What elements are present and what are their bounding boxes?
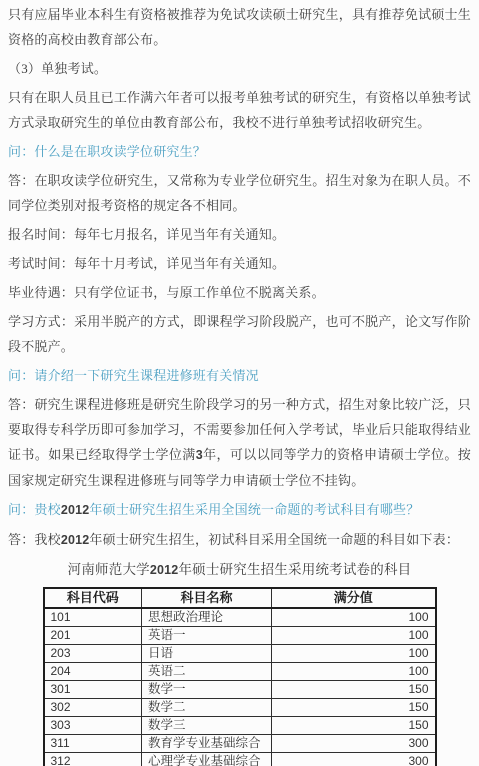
subjects-table-body: 101思想政治理论100201英语一100203日语100204英语二10030…: [44, 608, 436, 766]
table-row: 301数学一150: [44, 681, 436, 699]
text-segment: 问：什么是在职攻读学位研究生？: [8, 144, 206, 159]
document-content: 只有应届毕业本科生有资格被推荐为免试攻读硕士研究生，具有推荐免试硕士生资格的高校…: [8, 2, 471, 583]
question-line: 问：贵校2012年硕士研究生招生采用全国统一命题的考试科目有哪些？: [8, 497, 471, 523]
paragraph: （3）单独考试。: [8, 56, 471, 81]
text-segment: 考试时间：每年十月考试，详见当年有关通知。: [8, 256, 285, 271]
paragraph: 只有在职人员且已工作满六年者可以报考单独考试的研究生，有资格以单独考试方式录取研…: [8, 85, 471, 135]
subject-code-cell: 311: [44, 735, 142, 753]
question-line: 问：请介绍一下研究生课程进修班有关情况: [8, 363, 471, 388]
subject-name-cell: 教育学专业基础综合: [142, 735, 272, 753]
subject-name-cell: 日语: [142, 645, 272, 663]
text-segment: 毕业待遇：只有学位证书，与原工作单位不脱离关系。: [8, 285, 325, 300]
subject-code-cell: 201: [44, 627, 142, 645]
text-segment: 年硕士研究生招生，初试科目采用全国统一命题的科目如下表：: [89, 532, 459, 547]
subject-name-cell: 思想政治理论: [142, 608, 272, 627]
text-segment: 答：在职攻读学位研究生，又常称为专业学位研究生。招生对象为在职人员。不同学位类别…: [8, 173, 471, 213]
table-row: 303数学三150: [44, 717, 436, 735]
text-segment: （3）单独考试。: [8, 61, 107, 76]
table-header-row: 科目代码 科目名称 满分值: [44, 588, 436, 608]
subject-code-cell: 312: [44, 753, 142, 766]
full-score-cell: 300: [272, 753, 436, 766]
full-score-cell: 150: [272, 717, 436, 735]
table-row: 203日语100: [44, 645, 436, 663]
col-header-subject-code: 科目代码: [44, 588, 142, 608]
paragraph: 毕业待遇：只有学位证书，与原工作单位不脱离关系。: [8, 280, 471, 305]
col-header-subject-name: 科目名称: [142, 588, 272, 608]
full-score-cell: 150: [272, 699, 436, 717]
subject-code-cell: 203: [44, 645, 142, 663]
full-score-cell: 150: [272, 681, 436, 699]
text-segment: 河南师范大学: [68, 562, 150, 577]
numeral-text: 3: [196, 448, 203, 462]
numeral-text: 2012: [61, 533, 90, 547]
col-header-full-score: 满分值: [272, 588, 436, 608]
text-segment: 答：我校: [8, 532, 61, 547]
numeral-text: 2012: [150, 563, 179, 577]
text-segment: 报名时间：每年七月报名，详见当年有关通知。: [8, 227, 285, 242]
subject-code-cell: 204: [44, 663, 142, 681]
subject-name-cell: 英语一: [142, 627, 272, 645]
subject-code-cell: 101: [44, 608, 142, 627]
table-row: 311教育学专业基础综合300: [44, 735, 436, 753]
subject-code-cell: 303: [44, 717, 142, 735]
paragraph: 只有应届毕业本科生有资格被推荐为免试攻读硕士研究生，具有推荐免试硕士生资格的高校…: [8, 2, 471, 52]
table-row: 101思想政治理论100: [44, 608, 436, 627]
subject-name-cell: 数学一: [142, 681, 272, 699]
full-score-cell: 300: [272, 735, 436, 753]
subject-name-cell: 英语二: [142, 663, 272, 681]
paragraph: 答：我校2012年硕士研究生招生，初试科目采用全国统一命题的科目如下表：: [8, 527, 471, 553]
full-score-cell: 100: [272, 663, 436, 681]
full-score-cell: 100: [272, 645, 436, 663]
subject-code-cell: 302: [44, 699, 142, 717]
table-title: 河南师范大学2012年硕士研究生招生采用统考试卷的科目: [8, 557, 471, 583]
full-score-cell: 100: [272, 608, 436, 627]
table-row: 312心理学专业基础综合300: [44, 753, 436, 766]
paragraph: 答：研究生课程进修班是研究生阶段学习的另一种方式，招生对象比较广泛，只要取得专科…: [8, 392, 471, 493]
text-segment: 年硕士研究生招生采用全国统一命题的考试科目有哪些？: [89, 502, 419, 517]
text-segment: 学习方式：采用半脱产的方式，即课程学习阶段脱产，也可不脱产，论文写作阶段不脱产。: [8, 314, 471, 354]
numeral-text: 2012: [61, 503, 90, 517]
text-segment: 年硕士研究生招生采用统考试卷的科目: [178, 562, 411, 577]
text-segment: 问：请介绍一下研究生课程进修班有关情况: [8, 368, 259, 383]
subject-code-cell: 301: [44, 681, 142, 699]
subjects-table: 科目代码 科目名称 满分值 101思想政治理论100201英语一100203日语…: [43, 587, 437, 766]
text-segment: 只有应届毕业本科生有资格被推荐为免试攻读硕士研究生，具有推荐免试硕士生资格的高校…: [8, 7, 471, 47]
question-line: 问：什么是在职攻读学位研究生？: [8, 139, 471, 164]
paragraph: 学习方式：采用半脱产的方式，即课程学习阶段脱产，也可不脱产，论文写作阶段不脱产。: [8, 309, 471, 359]
subject-name-cell: 心理学专业基础综合: [142, 753, 272, 766]
table-row: 302数学二150: [44, 699, 436, 717]
text-segment: 只有在职人员且已工作满六年者可以报考单独考试的研究生，有资格以单独考试方式录取研…: [8, 90, 471, 130]
table-row: 204英语二100: [44, 663, 436, 681]
subject-name-cell: 数学二: [142, 699, 272, 717]
document-page: 只有应届毕业本科生有资格被推荐为免试攻读硕士研究生，具有推荐免试硕士生资格的高校…: [0, 0, 479, 766]
text-segment: 问：贵校: [8, 502, 61, 517]
paragraph: 报名时间：每年七月报名，详见当年有关通知。: [8, 222, 471, 247]
paragraph: 考试时间：每年十月考试，详见当年有关通知。: [8, 251, 471, 276]
table-row: 201英语一100: [44, 627, 436, 645]
paragraph: 答：在职攻读学位研究生，又常称为专业学位研究生。招生对象为在职人员。不同学位类别…: [8, 168, 471, 218]
full-score-cell: 100: [272, 627, 436, 645]
subject-name-cell: 数学三: [142, 717, 272, 735]
